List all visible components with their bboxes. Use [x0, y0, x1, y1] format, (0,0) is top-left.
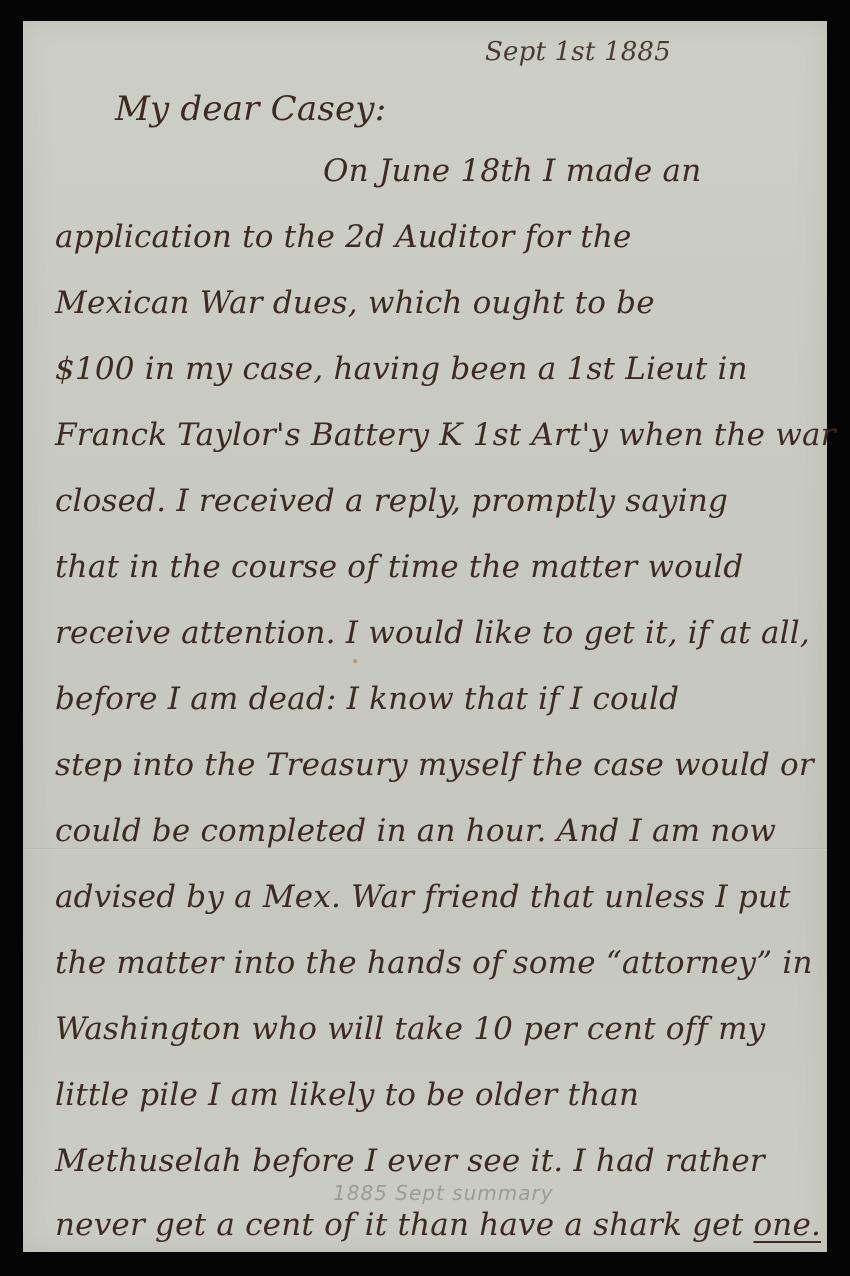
letter-line: closed. I received a reply, promptly say… — [55, 483, 728, 519]
emphasized-word: one. — [753, 1207, 821, 1243]
ink-spot — [353, 659, 357, 663]
letter-line: that in the course of time the matter wo… — [55, 549, 743, 585]
letter-line: never get a cent of it than have a shark… — [55, 1207, 743, 1243]
letter-line: Franck Taylor's Battery K 1st Art'y when… — [55, 417, 836, 453]
letter-line: $100 in my case, having been a 1st Lieut… — [55, 351, 748, 387]
letter-page: Sept 1st 1885 My dear Casey: On June 18t… — [23, 21, 827, 1252]
letter-line: advised by a Mex. War friend that unless… — [55, 879, 791, 915]
letter-line: before I am dead: I know that if I could — [55, 681, 679, 717]
letter-line: On June 18th I made an — [323, 153, 701, 189]
letter-line: Mexican War dues, which ought to be — [55, 285, 655, 321]
letter-line: Methuselah before I ever see it. I had r… — [55, 1143, 765, 1179]
letter-line: little pile I am likely to be older than — [55, 1077, 639, 1113]
letter-line: step into the Treasury myself the case w… — [55, 747, 814, 783]
letter-line: the matter into the hands of some “attor… — [55, 945, 813, 981]
letter-line: application to the 2d Auditor for the — [55, 219, 632, 255]
letter-greeting: My dear Casey: — [115, 89, 386, 129]
letter-line: could be completed in an hour. And I am … — [55, 813, 776, 849]
letter-line: Washington who will take 10 per cent off… — [55, 1011, 765, 1047]
letter-date: Sept 1st 1885 — [485, 37, 671, 67]
letter-line: receive attention. I would like to get i… — [55, 615, 810, 651]
letter-line-final: never get a cent of it than have a shark… — [55, 1207, 821, 1243]
pencil-annotation: 1885 Sept summary — [333, 1181, 554, 1205]
scan-frame: Sept 1st 1885 My dear Casey: On June 18t… — [0, 0, 850, 1276]
